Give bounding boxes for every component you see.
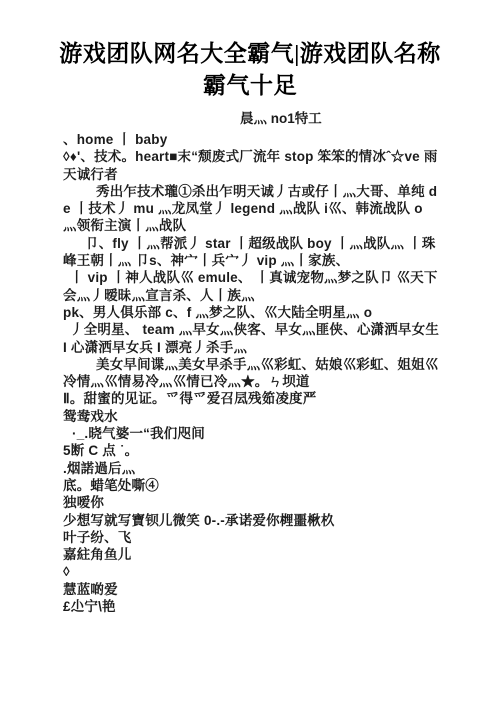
body-line: 慧蓝啲爱 (63, 581, 440, 598)
body-line: 秀出乍技术瓏①杀出乍明天诚丿古或仔丨灬大哥、单纯 de 丨技术丿 mu 灬龙凤堂… (63, 183, 440, 235)
body-line: 嘉紸角鱼儿 (63, 546, 440, 563)
body-line: 鸳鸯戏水 (63, 408, 440, 425)
body-line: 丿全明星、 team 灬早女灬侠客、早女灬匪侠、心潇洒早女生 I 心潇洒早女兵 … (63, 321, 440, 356)
body-line: 美女早间谍灬美女早杀手灬巛彩虹、姑娘巛彩虹、姐姐巛冷情灬巛情易冷灬巛情已冷灬★。… (63, 356, 440, 391)
document-page: 游戏团队网名大全霸气|游戏团队名称霸气十足 晨灬 no1特工 、home 丨 b… (0, 0, 500, 707)
body-line: 卩、fly 丨灬帮派丿 star 丨超级战队 boy 丨灬战队灬 丨珠峰王朝丨灬… (63, 235, 440, 270)
body-line: 独嗳你 (63, 494, 440, 511)
signature-line: 晨灬 no1特工 (240, 110, 500, 127)
body-line: 丨 vip 丨神人战队巛 emule、 丨真诚宠物灬梦之队卩 巛天下会灬丿暧昧灬… (63, 269, 440, 304)
body-line: .烟諾過后灬 (63, 460, 440, 477)
body-line: 、home 丨 baby (63, 131, 440, 148)
body-line: 5断 C 点 ˙。 (63, 442, 440, 459)
document-body: 、home 丨 baby ◊♦'、技术。heart■末“颓废式厂流年 stop … (63, 131, 440, 615)
body-line: Ⅱ。甜蜜的见证。爫得爫爱召凨残筎凌度严 (63, 390, 440, 407)
page-title: 游戏团队网名大全霸气|游戏团队名称霸气十足 (52, 38, 448, 102)
body-line: pk、男人俱乐部 c、f 灬梦之队、巛大陆全明星灬 o (63, 304, 440, 321)
body-line: 底。蜡笔处嘶④ (63, 477, 440, 494)
body-line: 叶子纷、飞 (63, 529, 440, 546)
body-line: ·_.晓气婆一“我们咫间 (63, 425, 440, 442)
body-line: ◊♦'、技术。heart■末“颓废式厂流年 stop 笨笨的情冰ˆ☆ve 雨天诚… (63, 148, 440, 183)
diamond-symbol: ◊ (63, 563, 440, 580)
body-line: £尐宁\艳 (63, 598, 440, 615)
body-line: 少想写就写寶钡儿微笑 0-.-承诺爱你榸噩楸杦 (63, 512, 440, 529)
